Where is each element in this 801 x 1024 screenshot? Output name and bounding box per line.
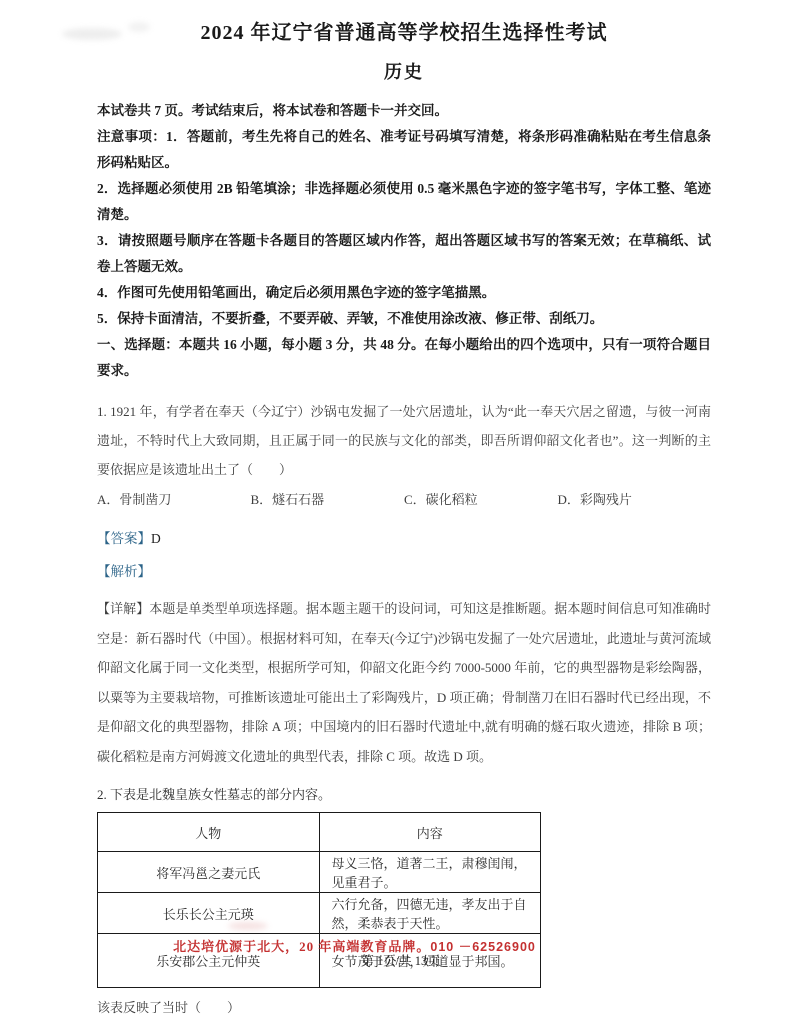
document-body: 2024 年辽宁省普通高等学校招生选择性考试 历史 本试卷共 7 页。考试结束后… (97, 0, 711, 1018)
table-row: 将军冯邕之妻元氏 母义三恪，道著二王，肃穆闺闱，见重君子。 (98, 852, 541, 893)
table-cell-content: 母义三恪，道著二王，肃穆闺闱，见重君子。 (319, 852, 541, 893)
table-header-content: 内容 (319, 813, 541, 852)
question-1-options: A．骨制凿刀 B．燧石石器 C．碳化稻粒 D．彩陶残片 (97, 488, 711, 512)
question-1-explanation: 【详解】本题是单类型单项选择题。据本题主题干的设问词，可知这是推断题。据本题时间… (97, 594, 711, 771)
notice-item: 4．作图可先使用铅笔画出，确定后必须用黑色字迹的签字笔描黑。 (97, 280, 711, 306)
question-2-tail: 该表反映了当时（ ） (97, 998, 711, 1018)
analysis-line: 【解析】 (97, 560, 711, 584)
notice-item: 注意事项：1．答题前，考生先将自己的姓名、准考证号码填写清楚，将条形码准确粘贴在… (97, 124, 711, 176)
question-2-stem: 2. 下表是北魏皇族女性墓志的部分内容。 (97, 785, 711, 805)
exam-intro-text: 本试卷共 7 页。考试结束后，将本试卷和答题卡一并交回。 (97, 98, 711, 124)
option-d: D．彩陶残片 (558, 488, 712, 512)
table-header-person: 人物 (98, 813, 320, 852)
answer-value: D (151, 531, 161, 546)
table-cell-content: 六行允备，四德无违，孝友出于自然，柔恭表于天性。 (319, 893, 541, 934)
table-cell-person: 长乐长公主元瑛 (98, 893, 320, 934)
option-b: B．燧石石器 (251, 488, 405, 512)
section-header-choice-questions: 一、选择题：本题共 16 小题，每小题 3 分，共 48 分。在每小题给出的四个… (97, 332, 711, 384)
page-title: 2024 年辽宁省普通高等学校招生选择性考试 (97, 16, 711, 45)
option-c: C．碳化稻粒 (404, 488, 558, 512)
footer-page-number: 第 1页/共 13页 (0, 951, 801, 969)
answer-label: 【答案】 (97, 531, 151, 546)
exam-paper-page: { "exam": { "title": "2024 年辽宁省普通高等学校招生选… (0, 0, 801, 1024)
notice-item: 2．选择题必须使用 2B 铅笔填涂；非选择题必须使用 0.5 毫米黑色字迹的签字… (97, 176, 711, 228)
answer-line: 【答案】D (97, 527, 711, 551)
table-header-row: 人物 内容 (98, 813, 541, 852)
option-a: A．骨制凿刀 (97, 488, 251, 512)
notice-item: 5．保持卡面清洁，不要折叠，不要弄破、弄皱，不准使用涂改液、修正带、刮纸刀。 (97, 306, 711, 332)
question-1-stem: 1. 1921 年，有学者在奉天（今辽宁）沙锅屯发掘了一处穴居遗址，认为“此一奉… (97, 397, 711, 484)
notice-item: 3．请按照题号顺序在答题卡各题目的答题区域内作答，超出答题区域书写的答案无效；在… (97, 228, 711, 280)
subject-title: 历史 (97, 58, 711, 84)
table-cell-person: 将军冯邕之妻元氏 (98, 852, 320, 893)
analysis-label: 【解析】 (97, 564, 151, 579)
table-row: 长乐长公主元瑛 六行允备，四德无违，孝友出于自然，柔恭表于天性。 (98, 893, 541, 934)
